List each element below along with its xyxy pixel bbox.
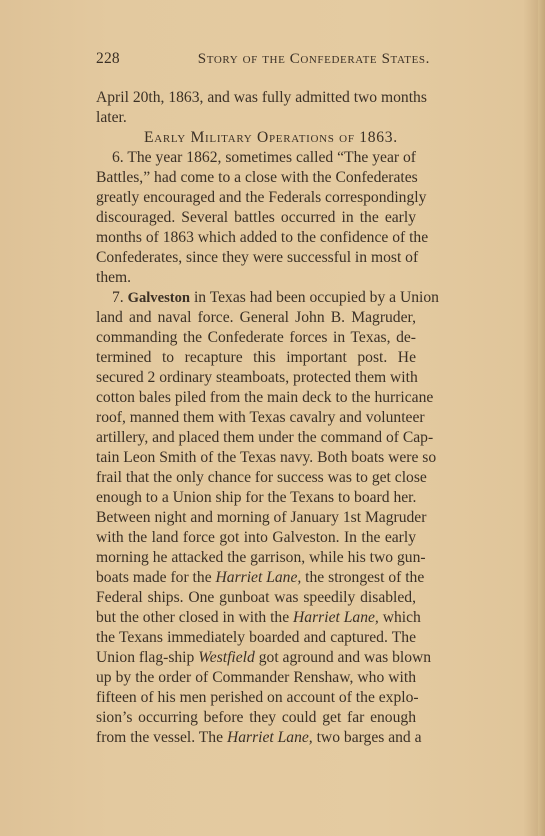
- text-line: Between night and morning of January 1st…: [96, 508, 416, 528]
- text-span: in Texas had been occupied by a Union: [190, 289, 439, 306]
- text-line: secured 2 ordinary steamboats, protected…: [96, 368, 416, 388]
- text-line: cotton bales piled from the main deck to…: [96, 388, 416, 408]
- text-line: morning he attacked the garrison, while …: [96, 548, 416, 568]
- text-span: from the vessel. The: [96, 729, 227, 746]
- text-span: boats made for the: [96, 569, 216, 586]
- ship-name: Harriet Lane,: [227, 729, 313, 746]
- running-title: Story of the Confederate States.: [198, 49, 430, 69]
- body-text: April 20th, 1863, and was fully admitted…: [96, 88, 416, 748]
- text-line: commanding the Confederate forces in Tex…: [96, 328, 416, 348]
- text-line: boats made for the Harriet Lane, the str…: [96, 568, 416, 588]
- text-line: months of 1863 which added to the confid…: [96, 228, 416, 248]
- text-line: April 20th, 1863, and was fully admitted…: [96, 88, 416, 108]
- ship-name: Westfield: [198, 649, 255, 666]
- text-line: with the land force got into Galveston. …: [96, 528, 416, 548]
- text-line: the Texans immediately boarded and captu…: [96, 628, 416, 648]
- text-line: 6. The year 1862, sometimes called “The …: [96, 148, 416, 168]
- ship-name: Harriet Lane,: [216, 569, 302, 586]
- section-heading: Early Military Operations of 1863.: [96, 128, 416, 148]
- text-line: Federal ships. One gunboat was speedily …: [96, 588, 416, 608]
- text-span: which: [379, 609, 421, 626]
- running-head: 228 Story of the Confederate States.: [96, 49, 430, 69]
- text-line: them.: [96, 268, 416, 288]
- text-span: two barges and a: [313, 729, 422, 746]
- paragraph-7: 7. Galveston in Texas had been occupied …: [96, 288, 416, 748]
- paragraph-6: 6. The year 1862, sometimes called “The …: [96, 148, 416, 288]
- text-line: up by the order of Commander Renshaw, wh…: [96, 668, 416, 688]
- page-edge: [538, 0, 545, 836]
- text-line: Confederates, since they were successful…: [96, 248, 416, 268]
- text-line: artillery, and placed them under the com…: [96, 428, 416, 448]
- text-line: termined to recapture this important pos…: [96, 348, 416, 368]
- ship-name: Harriet Lane,: [293, 609, 379, 626]
- text-line: sion’s occurring before they could get f…: [96, 708, 416, 728]
- text-line: fifteen of his men perished on account o…: [96, 688, 416, 708]
- text-line: tain Leon Smith of the Texas navy. Both …: [96, 448, 416, 468]
- text-line: roof, manned them with Texas cavalry and…: [96, 408, 416, 428]
- page-number: 228: [96, 49, 120, 69]
- text-span: Union flag-ship: [96, 649, 198, 666]
- text-line: later.: [96, 108, 416, 128]
- text-line: enough to a Union ship for the Texans to…: [96, 488, 416, 508]
- text-line: land and naval force. General John B. Ma…: [96, 308, 416, 328]
- text-line: Union flag-ship Westfield got aground an…: [96, 648, 416, 668]
- bold-term: Galveston: [128, 290, 190, 306]
- text-span: but the other closed in with the: [96, 609, 293, 626]
- text-line: but the other closed in with the Harriet…: [96, 608, 416, 628]
- text-line: Battles,” had come to a close with the C…: [96, 168, 416, 188]
- text-line: from the vessel. The Harriet Lane, two b…: [96, 728, 416, 748]
- text-line: greatly encouraged and the Federals corr…: [96, 188, 416, 208]
- text-span: got aground and was blown: [255, 649, 431, 666]
- text-span: the strongest of the: [301, 569, 424, 586]
- text-line: 7. Galveston in Texas had been occupied …: [96, 288, 416, 308]
- text-line: frail that the only chance for success w…: [96, 468, 416, 488]
- text-line: discouraged. Several battles occurred in…: [96, 208, 416, 228]
- paragraph-number: 7.: [112, 289, 124, 306]
